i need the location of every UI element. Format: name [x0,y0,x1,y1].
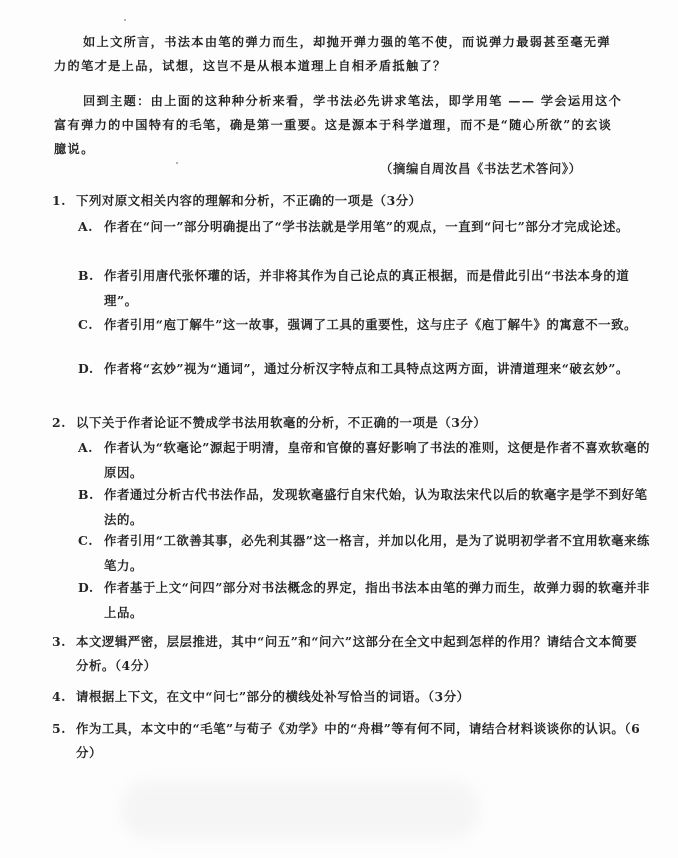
question-1-option-b: B.作者引用唐代张怀瓘的话，并非将其作为自己论点的真正根据，而是借此引出“书法本… [78,263,656,313]
option-text: 作者认为“软毫论”源起于明清，皇帝和官僚的喜好影响了书法的准则，这便是作者不喜欢… [104,440,650,480]
option-letter: D. [78,575,104,600]
question-stem: 作为工具，本文中的“毛笔”与荀子《劝学》中的“舟楫”等有何不同，请结合材料谈谈你… [76,721,640,760]
question-2-option-d: D.作者基于上文“问四”部分对书法概念的界定，指出书法本由笔的弹力而生，故弹力弱… [78,575,656,625]
question-3: 3.本文逻辑严密，层层推进，其中“问五”和“问六”这部分在全文中起到怎样的作用？… [52,630,646,678]
option-text: 作者基于上文“问四”部分对书法概念的界定，指出书法本由笔的弹力而生，故弹力弱的软… [104,580,650,620]
question-number: 1. [52,189,76,213]
passage-source: （摘编自周汝昌《书法艺术答问》） [380,159,640,179]
question-1: 1.下列对原文相关内容的理解和分析，不正确的一项是（3分） [52,189,632,213]
question-4: 4.请根据上下文，在文中“问七”部分的横线处补写恰当的词语。（3分） [52,685,632,709]
option-letter: B. [78,263,104,288]
option-text: 作者引用“庖丁解牛”这一故事，强调了工具的重要性，这与庄子《庖丁解牛》的寓意不一… [104,317,637,332]
question-2: 2.以下关于作者论证不赞成学书法用软毫的分析，不正确的一项是（3分） [52,411,632,435]
question-2-option-a: A.作者认为“软毫论”源起于明清，皇帝和官僚的喜好影响了书法的准则，这便是作者不… [78,435,656,485]
option-letter: C. [78,528,104,553]
scan-smudge [120,780,480,840]
question-1-option-a: A.作者在“问一”部分明确提出了“学书法就是学用笔”的观点，一直到“问七”部分才… [78,214,656,239]
option-text: 作者在“问一”部分明确提出了“学书法就是学用笔”的观点，一直到“问七”部分才完成… [104,219,629,234]
question-number: 4. [52,685,76,709]
passage-paragraph-2: 回到主题：由上面的这种种分析来看，学书法必先讲求笔法，即学用笔 —— 学会运用这… [54,89,624,161]
question-1-option-c: C.作者引用“庖丁解牛”这一故事，强调了工具的重要性，这与庄子《庖丁解牛》的寓意… [78,312,656,337]
question-number: 3. [52,630,76,654]
question-stem: 下列对原文相关内容的理解和分析，不正确的一项是（3分） [76,193,422,208]
question-1-option-d: D.作者将“玄妙”视为“通词”，通过分析汉字特点和工具特点这两方面，讲清道理来“… [78,356,656,381]
question-number: 5. [52,717,76,741]
passage-paragraph-1: 如上文所言，书法本由笔的弹力而生，却抛开弹力强的笔不使，而说弹力最弱甚至毫无弹力… [54,30,624,78]
option-letter: C. [78,312,104,337]
option-letter: D. [78,356,104,381]
option-text: 作者引用“工欲善其事，必先利其器”这一格言，并加以化用，是为了说明初学者不宜用软… [104,533,650,573]
question-number: 2. [52,411,76,435]
question-stem: 以下关于作者论证不赞成学书法用软毫的分析，不正确的一项是（3分） [76,415,486,430]
question-stem: 请根据上下文，在文中“问七”部分的横线处补写恰当的词语。（3分） [76,689,470,704]
option-letter: B. [78,482,104,507]
question-stem: 本文逻辑严密，层层推进，其中“问五”和“问六”这部分在全文中起到怎样的作用？请结… [76,634,637,673]
question-2-option-c: C.作者引用“工欲善其事，必先利其器”这一格言，并加以化用，是为了说明初学者不宜… [78,528,656,578]
scan-speck [124,19,126,21]
option-text: 作者引用唐代张怀瓘的话，并非将其作为自己论点的真正根据，而是借此引出“书法本身的… [104,268,629,308]
question-5: 5.作为工具，本文中的“毛笔”与荀子《劝学》中的“舟楫”等有何不同，请结合材料谈… [52,717,646,765]
option-text: 作者通过分析古代书法作品，发现软毫盛行自宋代始，认为取法宋代以后的软毫字是学不到… [104,487,648,527]
scan-speck [176,162,178,164]
option-letter: A. [78,435,104,460]
option-text: 作者将“玄妙”视为“通词”，通过分析汉字特点和工具特点这两方面，讲清道理来“破玄… [104,361,629,376]
exam-page: 如上文所言，书法本由笔的弹力而生，却抛开弹力强的笔不使，而说弹力最弱甚至毫无弹力… [0,0,678,858]
option-letter: A. [78,214,104,239]
question-2-option-b: B.作者通过分析古代书法作品，发现软毫盛行自宋代始，认为取法宋代以后的软毫字是学… [78,482,656,532]
